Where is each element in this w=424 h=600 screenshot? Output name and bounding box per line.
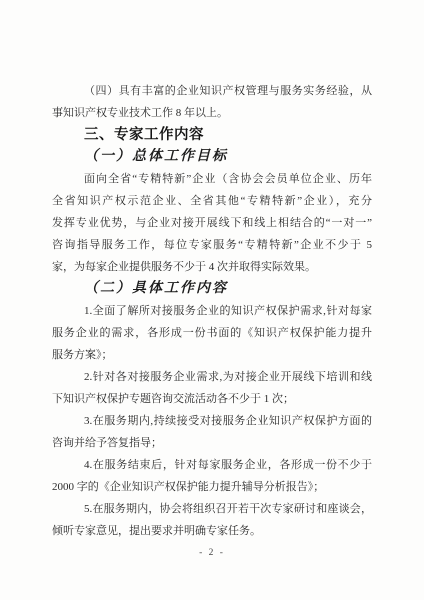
paragraph: （四）具有丰富的企业知识产权管理与服务实务经验，从 事知识产权专业技术工作 8 … — [52, 80, 372, 124]
page-number: - 2 - — [0, 548, 424, 558]
text-line: 面向全省“专精特新”企业（含协会会员单位企业、历年 — [52, 168, 372, 190]
text-line: 倾听专家意见，提出要求并明确专家任务。 — [52, 520, 372, 542]
paragraph: 4.在服务结束后，针对每家服务企业，各形成一份不少于 2000 字的《企业知识产… — [52, 454, 372, 498]
text-line: 4.在服务结束后，针对每家服务企业，各形成一份不少于 — [52, 454, 372, 476]
text-line: 咨询指导服务工作，每位专家服务“专精特新”企业不少于 5 — [52, 234, 372, 256]
text-line: 家，为每家企业提供服务不少于 4 次并取得实际效果。 — [52, 256, 372, 278]
text-line: 2.针对各对接服务企业需求,为对接企业开展线下培训和线 — [52, 366, 372, 388]
paragraph: 5.在服务期内，协会将组织召开若干次专家研讨和座谈会， 倾听专家意见，提出要求并… — [52, 498, 372, 542]
text-line: 下知识产权保护专题咨询交流活动各不少于 1 次； — [52, 388, 372, 410]
text-line: 全省知识产权示范企业、全省其他“专精特新”企业），充分 — [52, 190, 372, 212]
text-line: 服务企业的需求，各形成一份书面的《知识产权保护能力提升 — [52, 322, 372, 344]
section-heading: 三、专家工作内容 — [52, 124, 372, 146]
subsection-heading: （一）总体工作目标 — [52, 146, 372, 168]
text-line: 咨询并给予答复指导； — [52, 432, 372, 454]
paragraph: 1.全面了解所对接服务企业的知识产权保护需求,针对每家 服务企业的需求，各形成一… — [52, 300, 372, 366]
subheading-line: （一）总体工作目标 — [52, 146, 372, 168]
paragraph: 面向全省“专精特新”企业（含协会会员单位企业、历年 全省知识产权示范企业、全省其… — [52, 168, 372, 278]
paragraph: 2.针对各对接服务企业需求,为对接企业开展线下培训和线 下知识产权保护专题咨询交… — [52, 366, 372, 410]
text-line: （四）具有丰富的企业知识产权管理与服务实务经验，从 — [52, 80, 372, 102]
text-line: 2000 字的《企业知识产权保护能力提升辅导分析报告》； — [52, 476, 372, 498]
heading-line: 三、专家工作内容 — [52, 124, 372, 146]
text-line: 服务方案》； — [52, 344, 372, 366]
subheading-line: （二）具体工作内容 — [52, 278, 372, 300]
text-line: 3.在服务期内,持续接受对接服务企业知识产权保护方面的 — [52, 410, 372, 432]
paragraph: 3.在服务期内,持续接受对接服务企业知识产权保护方面的 咨询并给予答复指导； — [52, 410, 372, 454]
text-line: 发挥专业优势，与企业对接开展线下和线上相结合的“一对一” — [52, 212, 372, 234]
document-page: （四）具有丰富的企业知识产权管理与服务实务经验，从 事知识产权专业技术工作 8 … — [0, 0, 424, 600]
subsection-heading: （二）具体工作内容 — [52, 278, 372, 300]
text-line: 事知识产权专业技术工作 8 年以上。 — [52, 102, 372, 124]
text-line: 5.在服务期内，协会将组织召开若干次专家研讨和座谈会， — [52, 498, 372, 520]
text-line: 1.全面了解所对接服务企业的知识产权保护需求,针对每家 — [52, 300, 372, 322]
